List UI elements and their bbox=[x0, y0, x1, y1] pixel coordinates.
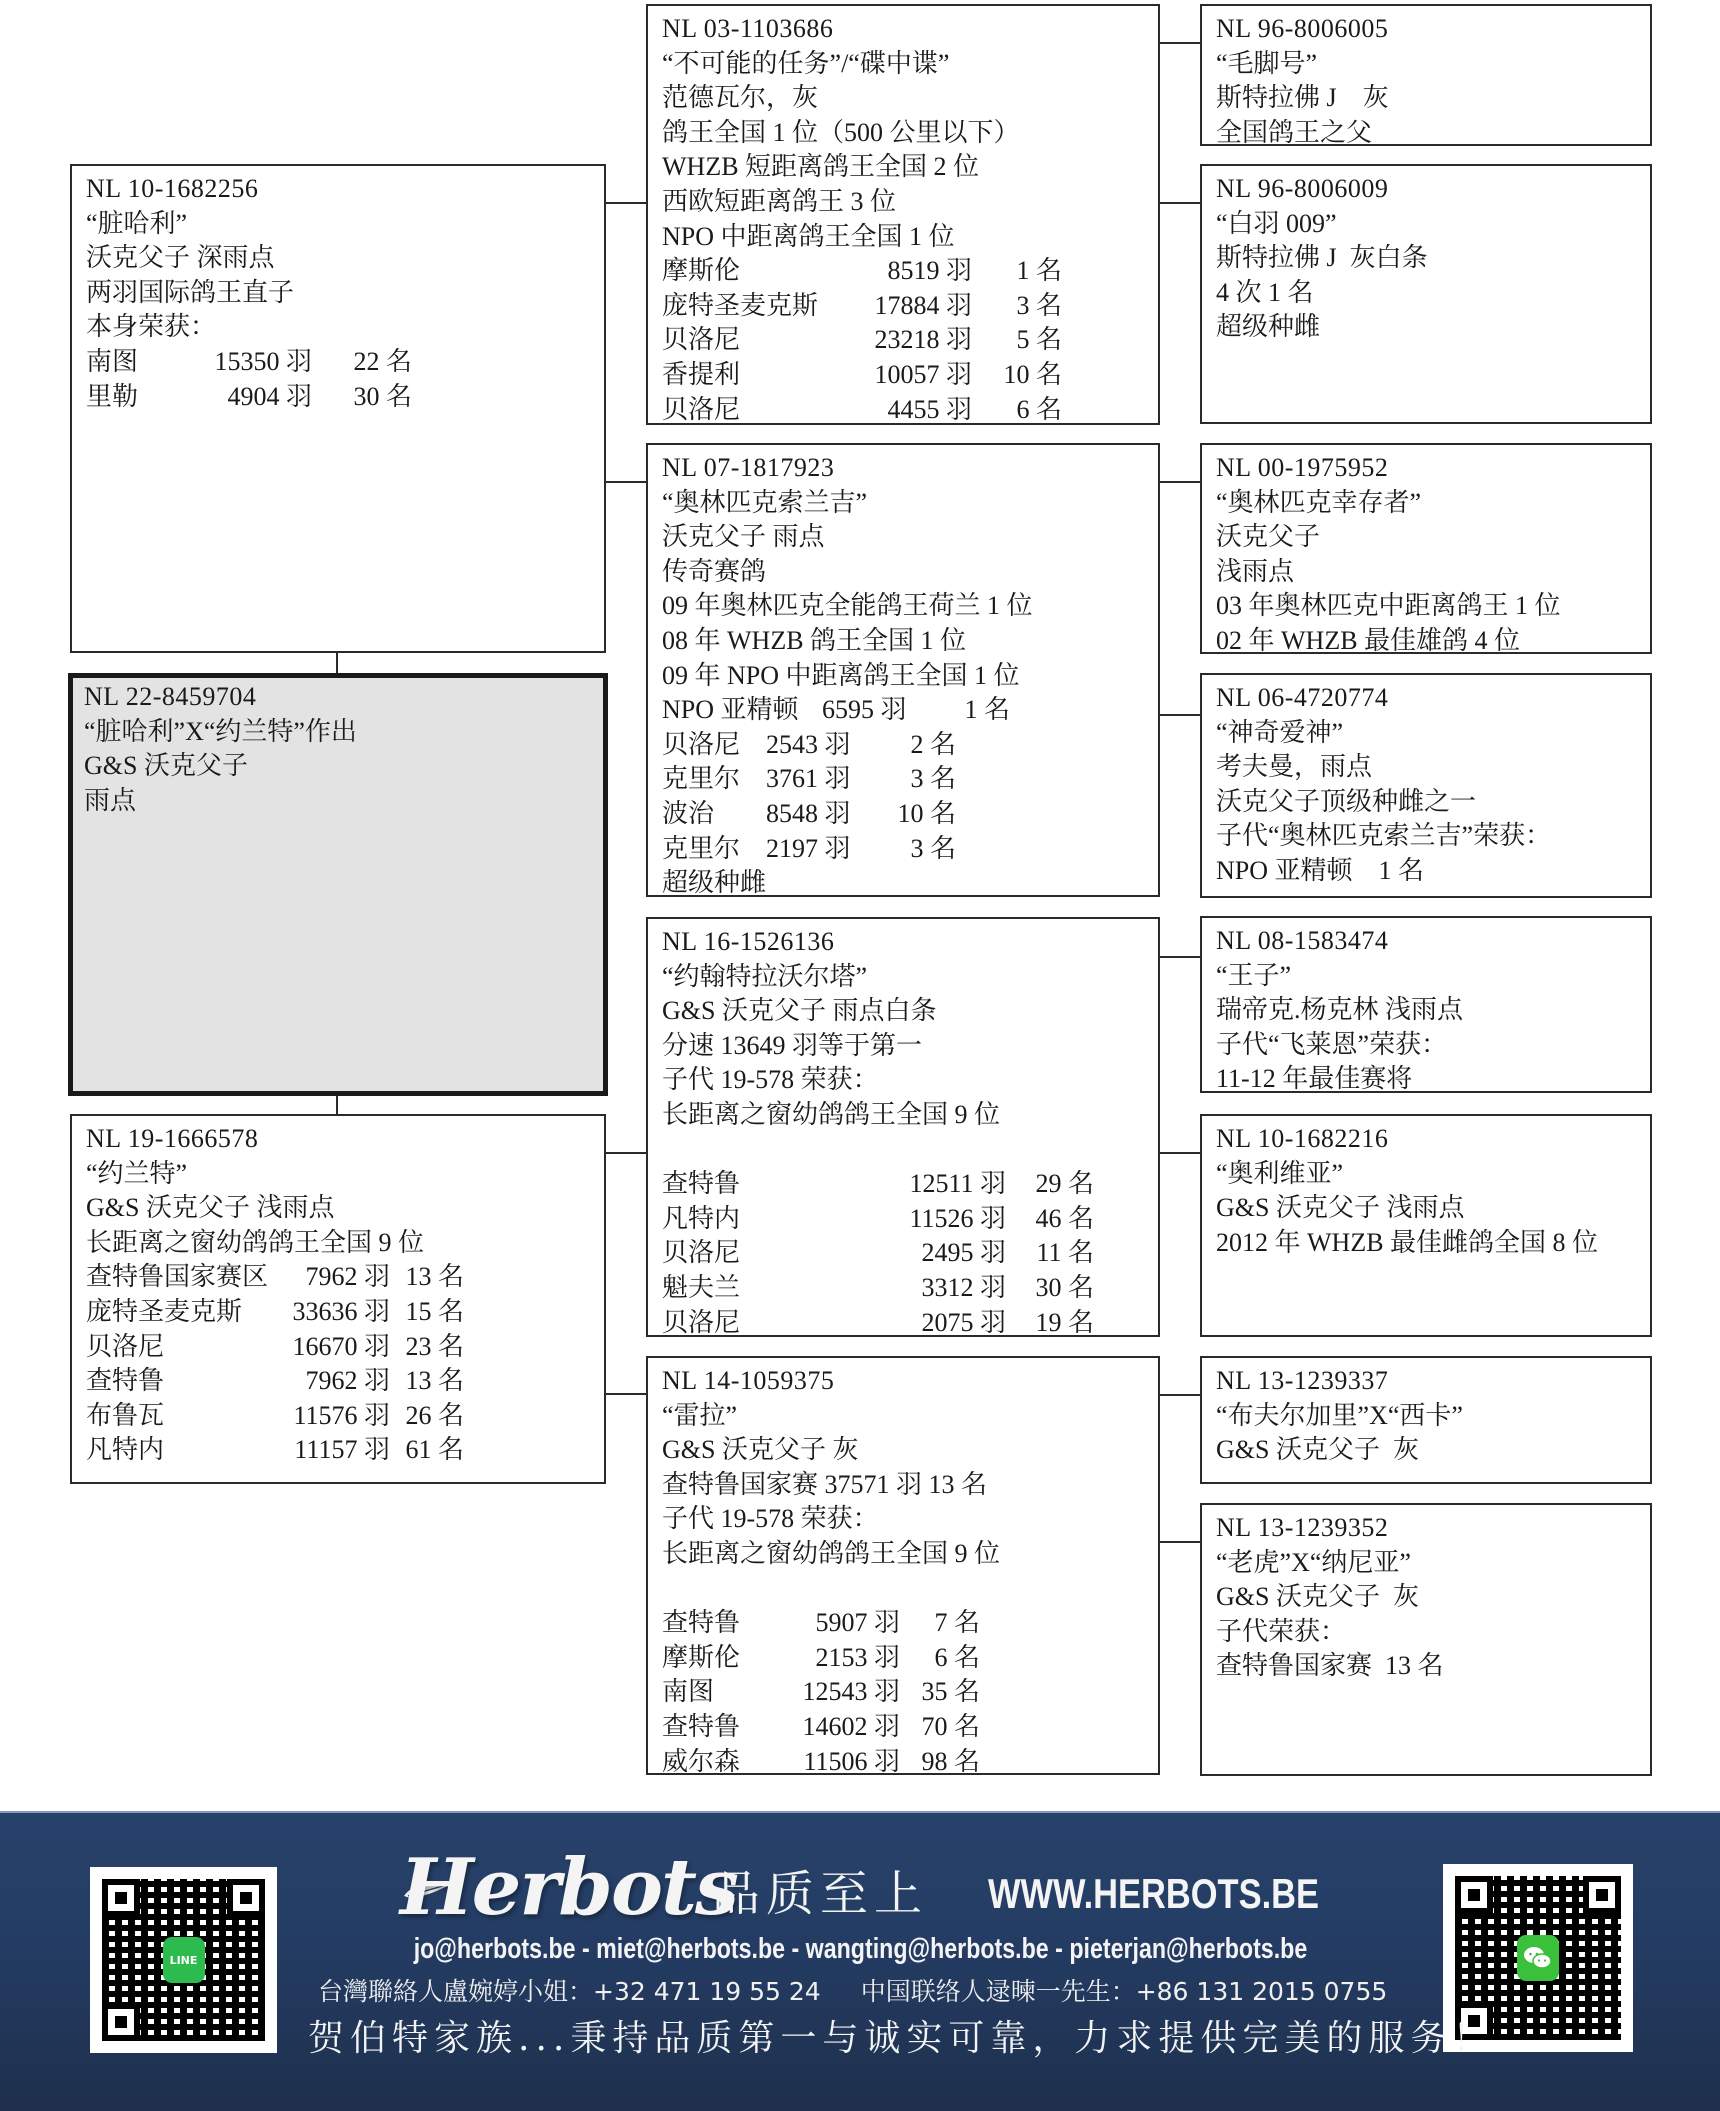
connector-dam-gp3 bbox=[605, 1152, 646, 1154]
breeder-color: G&S 沃克父子 灰 bbox=[662, 1433, 1158, 1468]
achievement: 03 年奥林匹克中距离鸽王 1 位 bbox=[1216, 589, 1650, 624]
contact-taiwan: 台灣聯絡人盧婉婷小姐：+32 471 19 55 24 bbox=[318, 1977, 821, 2006]
parentage: “脏哈利”X“约兰特”作出 bbox=[84, 715, 603, 750]
connector-gp4-ggp8 bbox=[1159, 1541, 1200, 1543]
breeder-color: 范德瓦尔，灰 bbox=[662, 81, 1158, 116]
breeder-color: 沃克父子 雨点 bbox=[662, 520, 1158, 555]
pedigree-box-grandsire-maternal: NL 16-1526136 “约翰特拉沃尔塔” G&S 沃克父子 雨点白条 分速… bbox=[646, 917, 1160, 1337]
website-link[interactable]: WWW.HERBOTS.BE bbox=[988, 1870, 1319, 1918]
note: 沃克父子顶级种雌之一 bbox=[1216, 785, 1650, 820]
results-heading: 本身荣获： bbox=[86, 310, 604, 345]
contact-phones: 台灣聯絡人盧婉婷小姐：+32 471 19 55 24中国联络人逯暕一先生：+8… bbox=[318, 1972, 1387, 2008]
pedigree-note: 两羽国际鸽王直子 bbox=[86, 276, 604, 311]
ring-number: NL 10-1682256 bbox=[86, 172, 604, 207]
note: 子代“奥林匹克索兰吉”荣获： bbox=[1216, 819, 1650, 854]
result-row: 查特鲁12511 羽29 名 bbox=[662, 1167, 1158, 1202]
connector-gp2-ggp4 bbox=[1159, 714, 1200, 716]
connector-sire-gp1 bbox=[605, 202, 646, 204]
spacer bbox=[662, 1572, 1158, 1607]
result-row: 布鲁瓦11576 羽26 名 bbox=[86, 1399, 604, 1434]
breeder-color: G&S 沃克父子 浅雨点 bbox=[86, 1191, 604, 1226]
result-row: 查特鲁14602 羽70 名 bbox=[662, 1710, 1158, 1745]
qr-finder bbox=[1583, 1876, 1621, 1914]
slogan: 品质至上 bbox=[712, 1855, 928, 1924]
achievement: NPO 中距离鸽王全国 1 位 bbox=[662, 220, 1158, 255]
results-heading: 子代荣获： bbox=[1216, 1615, 1650, 1650]
pedigree-box-ggp-4: NL 06-4720774 “神奇爱神” 考夫曼，雨点 沃克父子顶级种雌之一 子… bbox=[1200, 673, 1652, 898]
ring-number: NL 96-8006009 bbox=[1216, 172, 1650, 207]
achievement: 长距离之窗幼鸽鸽王全国 9 位 bbox=[662, 1098, 1158, 1133]
pedigree-box-sire: NL 10-1682256 “脏哈利” 沃克父子 深雨点 两羽国际鸽王直子 本身… bbox=[70, 164, 606, 653]
pigeon-name: “雷拉” bbox=[662, 1399, 1158, 1434]
ring-number: NL 22-8459704 bbox=[84, 680, 603, 715]
ring-number: NL 19-1666578 bbox=[86, 1122, 604, 1157]
pigeon-name: “老虎”X“纳尼亚” bbox=[1216, 1546, 1650, 1581]
pigeon-name: “约翰特拉沃尔塔” bbox=[662, 960, 1158, 995]
breeder-color: G&S 沃克父子 雨点白条 bbox=[662, 994, 1158, 1029]
note: 子代“飞莱恩”荣获： bbox=[1216, 1028, 1650, 1063]
contact-emails[interactable]: jo@herbots.be - miet@herbots.be - wangti… bbox=[0, 1933, 1720, 1966]
ring-number: NL 06-4720774 bbox=[1216, 681, 1650, 716]
herbots-logo: Herbots bbox=[400, 1842, 737, 1933]
breeder-color: G&S 沃克父子 灰 bbox=[1216, 1580, 1650, 1615]
connector-gp1-ggp2 bbox=[1159, 202, 1200, 204]
breeder-color: 考夫曼，雨点 bbox=[1216, 750, 1650, 785]
qr-finder bbox=[102, 1879, 140, 1917]
pedigree-box-grandsire-paternal: NL 03-1103686 “不可能的任务”/“碟中谍” 范德瓦尔，灰 鸽王全国… bbox=[646, 4, 1160, 425]
ring-number: NL 13-1239352 bbox=[1216, 1511, 1650, 1546]
emails-text[interactable]: jo@herbots.be - miet@herbots.be - wangti… bbox=[413, 1933, 1307, 1966]
pigeon-name: “脏哈利” bbox=[86, 207, 604, 242]
result-row: NPO 亚精顿6595 羽1 名 bbox=[662, 693, 1158, 728]
ring-number: NL 08-1583474 bbox=[1216, 924, 1650, 959]
pedigree-box-ggp-2: NL 96-8006009 “白羽 009” 斯特拉佛 J 灰白条 4 次 1 … bbox=[1200, 164, 1652, 424]
achievement: 长距离之窗幼鸽鸽王全国 9 位 bbox=[86, 1226, 604, 1261]
color: 浅雨点 bbox=[1216, 555, 1650, 590]
pedigree-box-ggp-5: NL 08-1583474 “王子” 瑞帝克.杨克林 浅雨点 子代“飞莱恩”荣获… bbox=[1200, 916, 1652, 1093]
pigeon-name: “神奇爱神” bbox=[1216, 716, 1650, 751]
pedigree-box-ggp-1: NL 96-8006005 “毛脚号” 斯特拉佛 J 灰 全国鸽王之父 bbox=[1200, 4, 1652, 146]
result-row: 贝洛尼23218 羽5 名 bbox=[662, 323, 1158, 358]
note: 超级种雌 bbox=[1216, 310, 1650, 345]
pigeon-name: “布夫尔加里”X“西卡” bbox=[1216, 1399, 1650, 1434]
connector-sire-gp2 bbox=[605, 481, 646, 483]
result-row: 南图12543 羽35 名 bbox=[662, 1675, 1158, 1710]
breeder: 沃克父子 bbox=[1216, 520, 1650, 555]
pedigree-box-ggp-3: NL 00-1975952 “奥林匹克幸存者” 沃克父子 浅雨点 03 年奥林匹… bbox=[1200, 443, 1652, 654]
ring-number: NL 14-1059375 bbox=[662, 1364, 1158, 1399]
achievement: 09 年 NPO 中距离鸽王全国 1 位 bbox=[662, 659, 1158, 694]
pigeon-name: “约兰特” bbox=[86, 1157, 604, 1192]
achievement: 02 年 WHZB 最佳雄鸽 4 位 bbox=[1216, 624, 1650, 654]
connector-gp3-ggp5 bbox=[1159, 956, 1200, 958]
ring-number: NL 16-1526136 bbox=[662, 925, 1158, 960]
result-row: 查特鲁国家赛区7962 羽13 名 bbox=[86, 1260, 604, 1295]
result: 查特鲁国家赛 13 名 bbox=[1216, 1649, 1650, 1684]
result-row: 里勒4904 羽30 名 bbox=[86, 380, 604, 415]
pedigree-box-granddam-maternal: NL 14-1059375 “雷拉” G&S 沃克父子 灰 查特鲁国家赛 375… bbox=[646, 1356, 1160, 1775]
result-row: 波治8548 羽10 名 bbox=[662, 797, 1158, 832]
pigeon-name: “奥利维亚” bbox=[1216, 1157, 1650, 1192]
ring-number: NL 07-1817923 bbox=[662, 451, 1158, 486]
achievement: 子代 19-578 荣获： bbox=[662, 1063, 1158, 1098]
result-row: 贝洛尼2495 羽11 名 bbox=[662, 1236, 1158, 1271]
pedigree-box-granddam-paternal: NL 07-1817923 “奥林匹克索兰吉” 沃克父子 雨点 传奇赛鸽 09 … bbox=[646, 443, 1160, 897]
note: 全国鸽王之父 bbox=[1216, 116, 1650, 146]
ring-number: NL 00-1975952 bbox=[1216, 451, 1650, 486]
result-row: 查特鲁5907 羽7 名 bbox=[662, 1606, 1158, 1641]
result-row: 庞特圣麦克斯33636 羽15 名 bbox=[86, 1295, 604, 1330]
qr-finder bbox=[102, 2003, 140, 2041]
result-row: 威尔森11506 羽98 名 bbox=[662, 1745, 1158, 1775]
result-row: 贝洛尼2543 羽2 名 bbox=[662, 728, 1158, 763]
breeder-color: 斯特拉佛 J 灰白条 bbox=[1216, 241, 1650, 276]
result-row: 摩斯伦2153 羽6 名 bbox=[662, 1641, 1158, 1676]
connector-gp3-ggp6 bbox=[1159, 1152, 1200, 1154]
achievement: 西欧短距离鸽王 3 位 bbox=[662, 185, 1158, 220]
note: 超级种雌 bbox=[662, 866, 1158, 897]
result-row: 庞特圣麦克斯17884 羽3 名 bbox=[662, 289, 1158, 324]
connector-dam-gp4 bbox=[605, 1393, 646, 1395]
pigeon-name: “王子” bbox=[1216, 959, 1650, 994]
note: 4 次 1 名 bbox=[1216, 276, 1650, 311]
result-row: 贝洛尼2075 羽19 名 bbox=[662, 1306, 1158, 1337]
ring-number: NL 13-1239337 bbox=[1216, 1364, 1650, 1399]
achievement: 查特鲁国家赛 37571 羽 13 名 bbox=[662, 1468, 1158, 1503]
qr-finder bbox=[227, 1879, 265, 1917]
result-row: 贝洛尼4455 羽6 名 bbox=[662, 393, 1158, 425]
result-row: 魁夫兰3312 羽30 名 bbox=[662, 1271, 1158, 1306]
contact-china: 中国联络人逯暕一先生：+86 131 2015 0755 bbox=[861, 1977, 1388, 2006]
ring-number: NL 10-1682216 bbox=[1216, 1122, 1650, 1157]
pigeon-name: “毛脚号” bbox=[1216, 47, 1650, 82]
spacer bbox=[662, 1133, 1158, 1168]
color: 雨点 bbox=[84, 784, 603, 819]
pedigree-box-dam: NL 19-1666578 “约兰特” G&S 沃克父子 浅雨点 长距离之窗幼鸽… bbox=[70, 1114, 606, 1484]
pedigree-box-ggp-6: NL 10-1682216 “奥利维亚” G&S 沃克父子 浅雨点 2012 年… bbox=[1200, 1114, 1652, 1337]
breeder-color: G&S 沃克父子 灰 bbox=[1216, 1433, 1650, 1468]
connector-gp2-ggp3 bbox=[1159, 481, 1200, 483]
note: 传奇赛鸽 bbox=[662, 555, 1158, 590]
breeder-color: 沃克父子 深雨点 bbox=[86, 241, 604, 276]
connector-subject-dam bbox=[336, 1095, 338, 1114]
pedigree-box-ggp-8: NL 13-1239352 “老虎”X“纳尼亚” G&S 沃克父子 灰 子代荣获… bbox=[1200, 1503, 1652, 1776]
note: 11-12 年最佳赛将 bbox=[1216, 1062, 1650, 1093]
breeder-color: 瑞帝克.杨克林 浅雨点 bbox=[1216, 993, 1650, 1028]
breeder-color: 斯特拉佛 J 灰 bbox=[1216, 81, 1650, 116]
pedigree-box-subject: NL 22-8459704 “脏哈利”X“约兰特”作出 G&S 沃克父子 雨点 bbox=[68, 673, 608, 1096]
result-row: 南图15350 羽22 名 bbox=[86, 345, 604, 380]
pigeon-name: “奥林匹克幸存者” bbox=[1216, 486, 1650, 521]
achievement: WHZB 短距离鸽王全国 2 位 bbox=[662, 150, 1158, 185]
connector-sire-subject bbox=[336, 652, 338, 673]
result-row: 贝洛尼16670 羽23 名 bbox=[86, 1330, 604, 1365]
result-row: 摩斯伦8519 羽1 名 bbox=[662, 254, 1158, 289]
result-row: 香提利10057 羽10 名 bbox=[662, 358, 1158, 393]
pigeon-name: “奥林匹克索兰吉” bbox=[662, 486, 1158, 521]
pigeon-name: “不可能的任务”/“碟中谍” bbox=[662, 47, 1158, 82]
pigeon-name: “白羽 009” bbox=[1216, 207, 1650, 242]
breeder-color: G&S 沃克父子 浅雨点 bbox=[1216, 1191, 1650, 1226]
achievement: 2012 年 WHZB 最佳雌鸽全国 8 位 bbox=[1216, 1226, 1650, 1261]
qr-finder bbox=[1455, 1876, 1493, 1914]
result-row: 凡特内11157 羽61 名 bbox=[86, 1433, 604, 1468]
result-row: 克里尔2197 羽3 名 bbox=[662, 832, 1158, 867]
connector-gp4-ggp7 bbox=[1159, 1394, 1200, 1396]
connector-gp1-ggp1 bbox=[1159, 42, 1200, 44]
achievement: 长距离之窗幼鸽鸽王全国 9 位 bbox=[662, 1537, 1158, 1572]
result: NPO 亚精顿 1 名 bbox=[1216, 854, 1650, 889]
ring-number: NL 96-8006005 bbox=[1216, 12, 1650, 47]
result-row: 查特鲁7962 羽13 名 bbox=[86, 1364, 604, 1399]
result-row: 克里尔3761 羽3 名 bbox=[662, 762, 1158, 797]
achievement: 08 年 WHZB 鸽王全国 1 位 bbox=[662, 624, 1158, 659]
achievement: 分速 13649 羽等于第一 bbox=[662, 1029, 1158, 1064]
breeder: G&S 沃克父子 bbox=[84, 749, 603, 784]
motto: 贺伯特家族...秉持品质第一与诚实可靠，力求提供完美的服务！ bbox=[308, 2010, 1494, 2061]
achievement: 09 年奥林匹克全能鸽王荷兰 1 位 bbox=[662, 589, 1158, 624]
result-row: 凡特内11526 羽46 名 bbox=[662, 1202, 1158, 1237]
pedigree-box-ggp-7: NL 13-1239337 “布夫尔加里”X“西卡” G&S 沃克父子 灰 bbox=[1200, 1356, 1652, 1484]
achievement: 子代 19-578 荣获： bbox=[662, 1502, 1158, 1537]
achievement: 鸽王全国 1 位（500 公里以下） bbox=[662, 116, 1158, 151]
ring-number: NL 03-1103686 bbox=[662, 12, 1158, 47]
